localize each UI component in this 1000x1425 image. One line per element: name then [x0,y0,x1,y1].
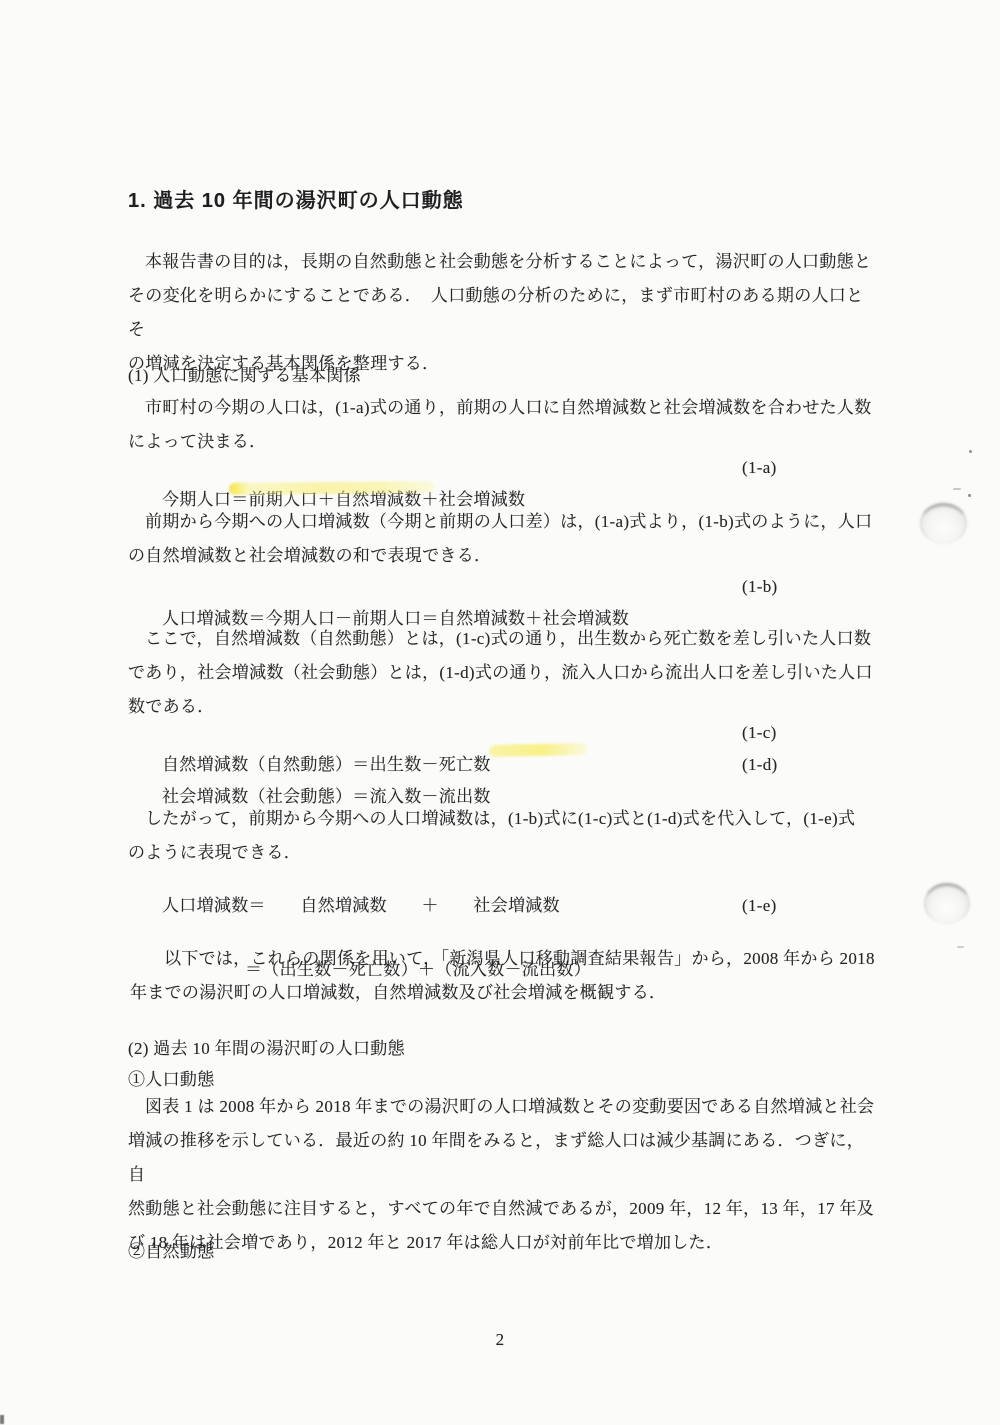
punch-hole-shadow-2 [924,883,970,924]
section1-paragraph-2: 前期から今期への人口増減数（今期と前期の人口差）は，(1-a)式より，(1-b)… [128,505,880,573]
scan-speck-4 [957,946,964,948]
page-number: 2 [0,1328,1000,1352]
scan-speck-2 [953,488,961,490]
section1-paragraph-1: 市町村の今期の人口は，(1-a)式の通り，前期の人口に自然増減数と社会増減数を合… [128,391,880,459]
section2-heading: (2) 過去 10 年間の湯沢町の人口動態 [128,1032,880,1066]
equation-1b-number: (1-b) [742,571,777,603]
scan-edge-mark [0,1415,4,1424]
section1-paragraph-3: ここで，自然増減数（自然動態）とは，(1-c)式の通り，出生数から死亡数を差し引… [128,622,880,724]
scan-speck-1 [969,450,972,453]
equation-1d-number: (1-d) [742,749,777,781]
section2-subheading-2: ②自然動態 [128,1235,880,1269]
section1-heading: (1) 人口動態に関する基本関係 [128,359,880,393]
scan-speck-3 [968,494,971,497]
document-page: 1. 過去 10 年間の湯沢町の人口動態 本報告書の目的は，長期の自然動態と社会… [0,0,1000,1425]
section1-paragraph-5: 以下では，これらの関係を用いて，「新潟県人口移動調査結果報告」から，2008 年… [130,942,882,1010]
doc-title: 1. 過去 10 年間の湯沢町の人口動態 [128,187,880,215]
equation-1c-number: (1-c) [742,717,777,749]
equation-1e-number: (1-e) [742,890,777,922]
equation-1a-number: (1-a) [742,452,777,484]
punch-hole-shadow-1 [920,503,967,544]
